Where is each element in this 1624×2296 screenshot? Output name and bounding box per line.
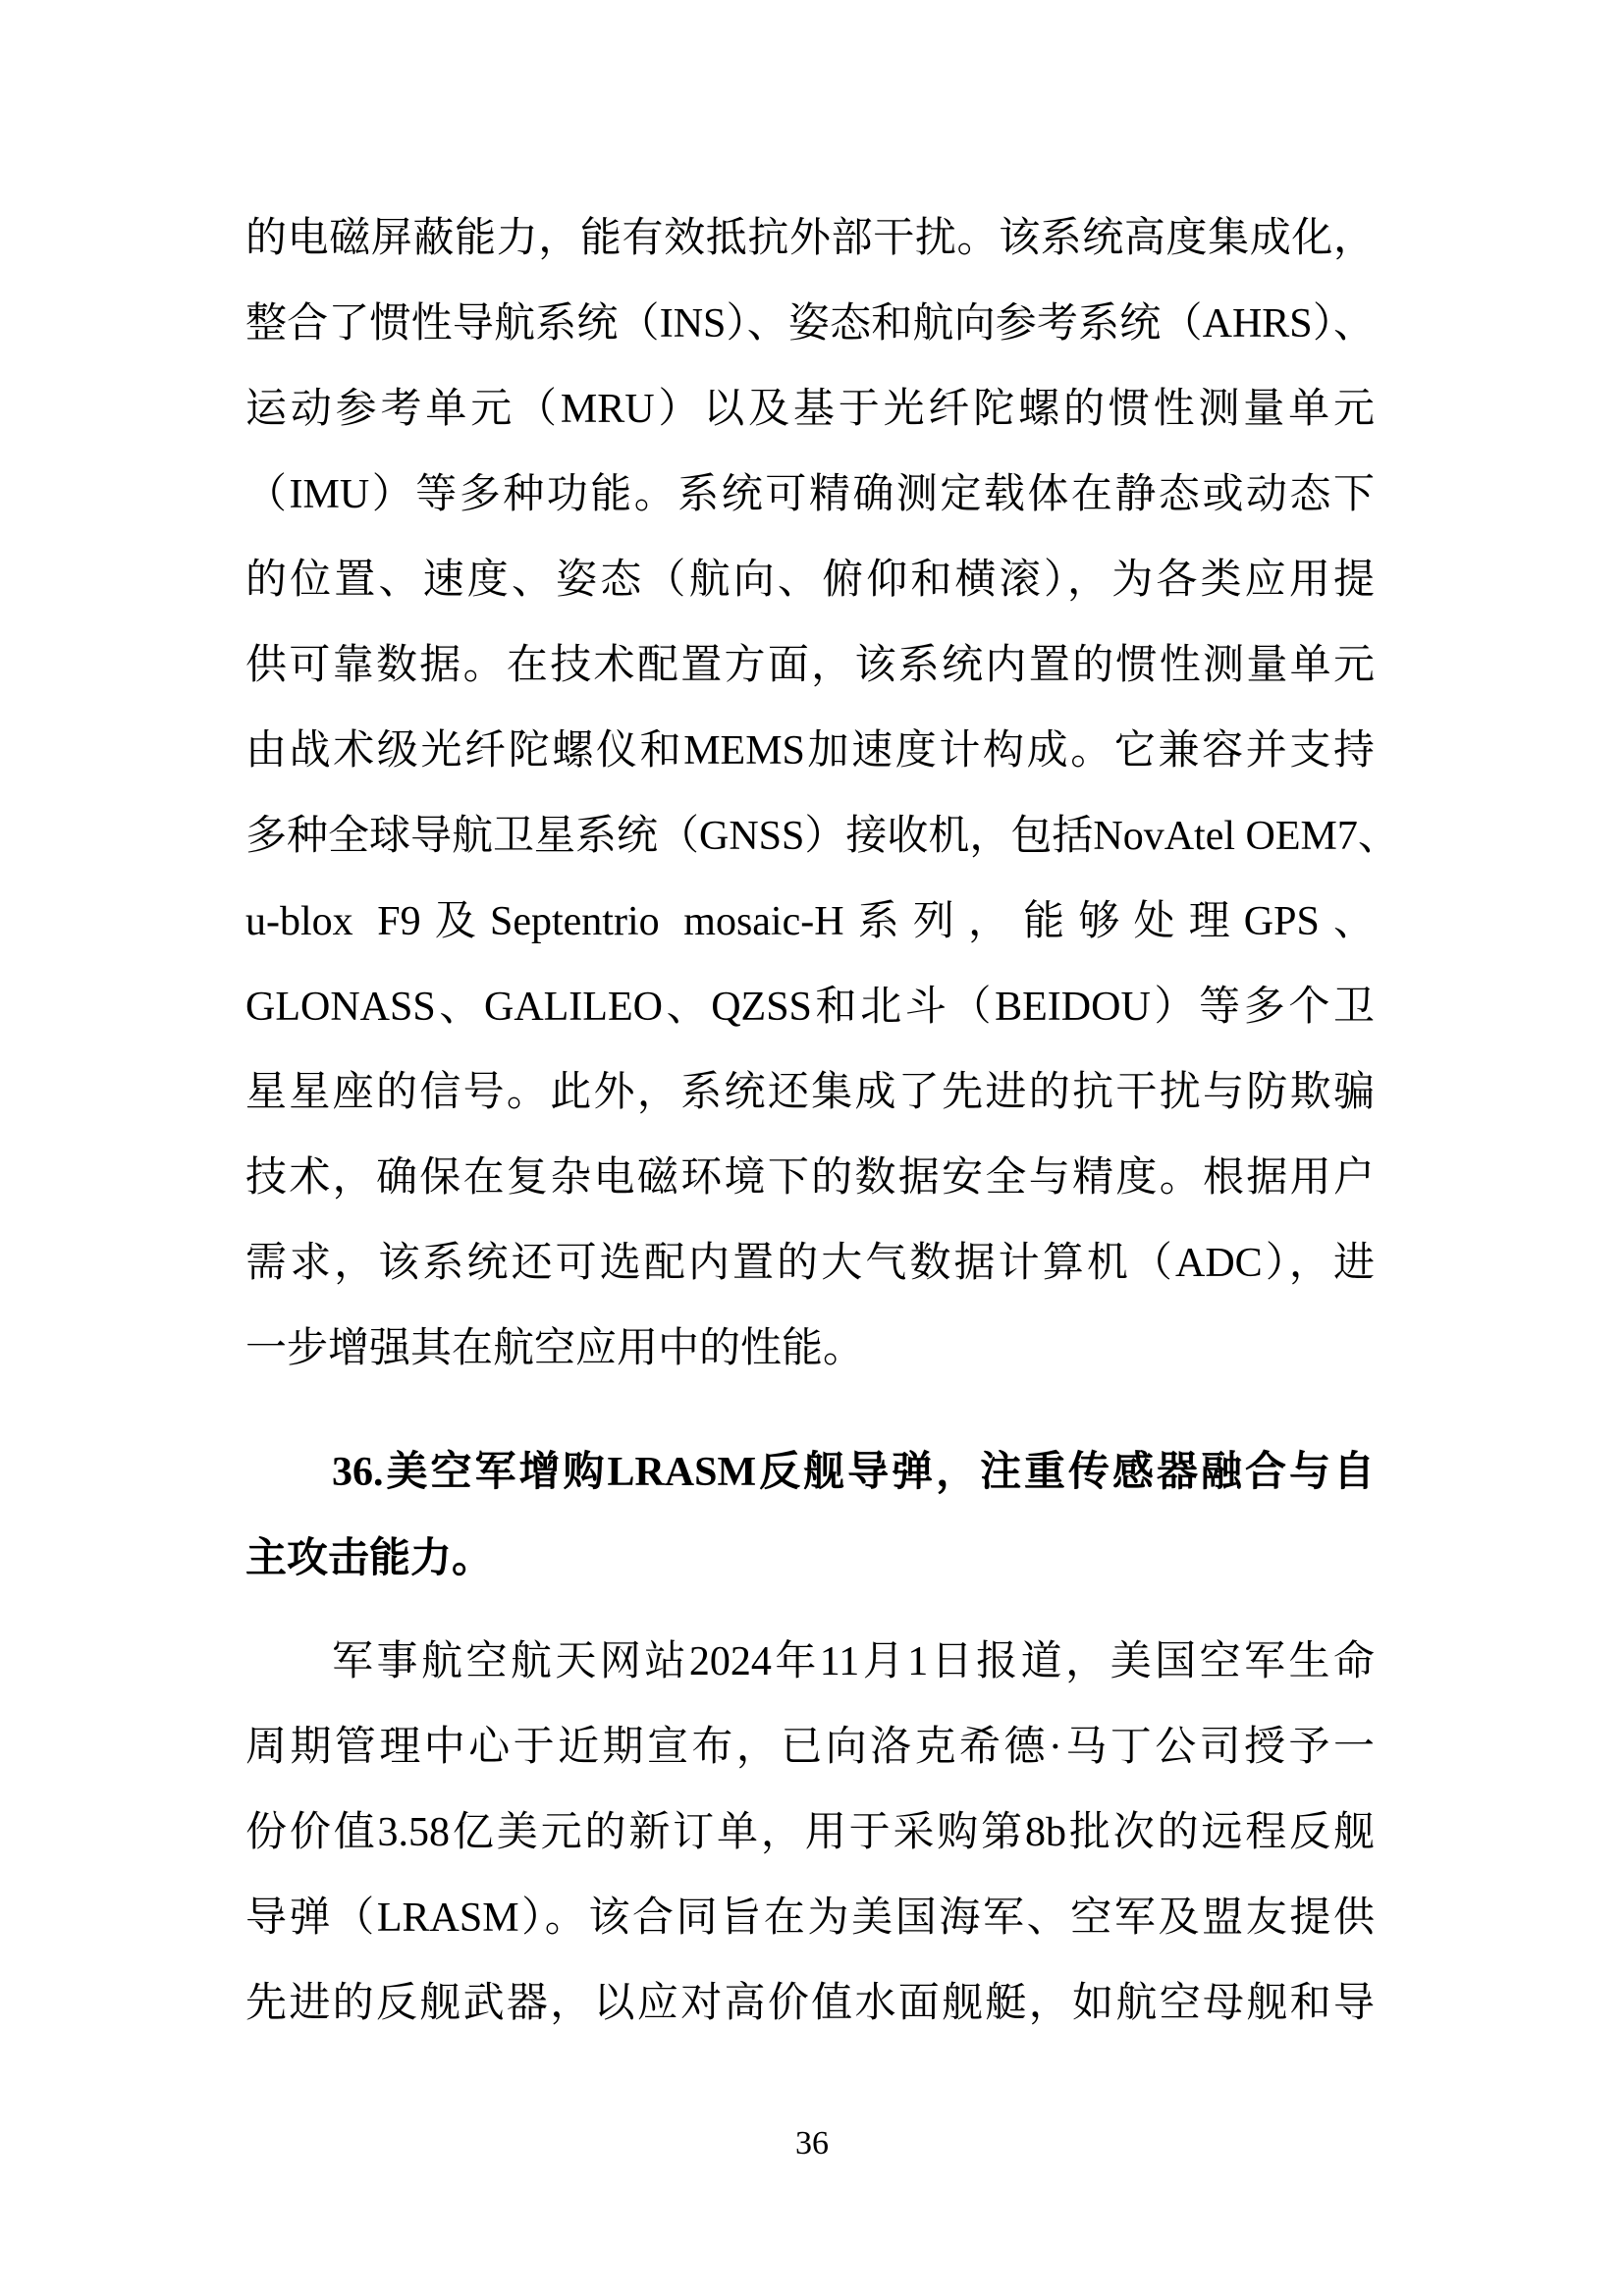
text-line: u-blox F9及Septentrio mosaic-H系列，能够处理GPS、: [245, 880, 1375, 965]
text-line: 多种全球导航卫星系统（GNSS）接收机，包括NovAtel OEM7、: [245, 794, 1375, 880]
page-number: 36: [0, 2120, 1624, 2167]
text-line: 军事航空航天网站2024年11月1日报道，美国空军生命: [245, 1620, 1375, 1705]
text-line: 份价值3.58亿美元的新订单，用于采购第8b批次的远程反舰: [245, 1790, 1375, 1876]
text-block: 的电磁屏蔽能力，能有效抵抗外部干扰。该系统高度集成化，整合了惯性导航系统（INS…: [245, 196, 1375, 2047]
text-line: 由战术级光纤陀螺仪和MEMS加速度计构成。它兼容并支持: [245, 709, 1375, 794]
text-line: 星星座的信号。此外，系统还集成了先进的抗干扰与防欺骗: [245, 1050, 1375, 1136]
text-line: 技术，确保在复杂电磁环境下的数据安全与精度。根据用户: [245, 1136, 1375, 1221]
paragraph-lrasm-news: 军事航空航天网站2024年11月1日报道，美国空军生命周期管理中心于近期宣布，已…: [245, 1620, 1375, 2047]
text-line: 主攻击能力。: [245, 1516, 1375, 1602]
text-line: 需求，该系统还可选配内置的大气数据计算机（ADC），进: [245, 1221, 1375, 1307]
text-line: 导弹（LRASM）。该合同旨在为美国海军、空军及盟友提供: [245, 1876, 1375, 1961]
text-line: 运动参考单元（MRU）以及基于光纤陀螺的惯性测量单元: [245, 367, 1375, 453]
text-line: GLONASS、GALILEO、QZSS和北斗（BEIDOU）等多个卫: [245, 965, 1375, 1050]
text-line: 的电磁屏蔽能力，能有效抵抗外部干扰。该系统高度集成化，: [245, 196, 1375, 282]
text-line: 一步增强其在航空应用中的性能。: [245, 1307, 1375, 1392]
text-line: 周期管理中心于近期宣布，已向洛克希德·马丁公司授予一: [245, 1705, 1375, 1790]
text-line: 的位置、速度、姿态（航向、俯仰和横滚），为各类应用提: [245, 538, 1375, 623]
text-line: 36.美空军增购LRASM反舰导弹，注重传感器融合与自: [245, 1429, 1375, 1516]
text-line: 整合了惯性导航系统（INS）、姿态和航向参考系统（AHRS）、: [245, 282, 1375, 367]
text-line: 先进的反舰武器，以应对高价值水面舰艇，如航空母舰和导: [245, 1961, 1375, 2047]
paragraph-ins-gnss-system: 的电磁屏蔽能力，能有效抵抗外部干扰。该系统高度集成化，整合了惯性导航系统（INS…: [245, 196, 1375, 1392]
document-page: 的电磁屏蔽能力，能有效抵抗外部干扰。该系统高度集成化，整合了惯性导航系统（INS…: [0, 0, 1624, 2296]
text-line: （IMU）等多种功能。系统可精确测定载体在静态或动态下: [245, 453, 1375, 538]
text-line: 供可靠数据。在技术配置方面，该系统内置的惯性测量单元: [245, 623, 1375, 709]
section-heading-lrasm: 36.美空军增购LRASM反舰导弹，注重传感器融合与自主攻击能力。: [245, 1429, 1375, 1602]
